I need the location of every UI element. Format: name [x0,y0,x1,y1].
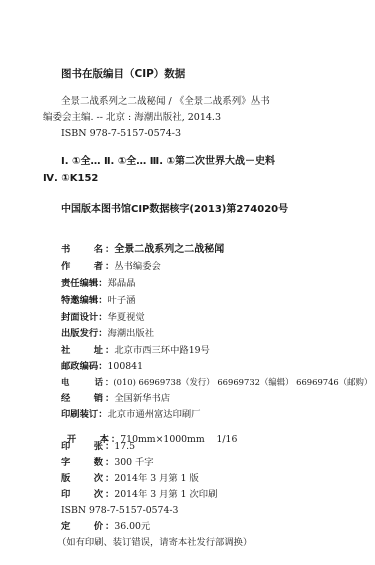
info-label: 电话 [61,378,103,386]
info-label: 作者 [61,262,103,271]
cip-check-number: 中国版本图书馆CIP数据核字(2013)第274020号 [61,205,288,215]
cip-title-line: 全景二战系列之二战秘闻 / 《全景二战系列》丛书 [61,97,270,107]
info-label: 印张 [61,442,103,451]
info-label: 出版发行 [61,329,98,338]
cip-classification-1: Ⅰ. ①全… Ⅱ. ①全… Ⅲ. ①第二次世界大战－史料 [61,157,275,167]
info-row-title: 书名：全景二战系列之二战秘闻 [61,245,224,255]
info-row-author: 作者：丛书编委会 [61,262,161,271]
info-label: 定价 [61,522,103,531]
info-label: 版次 [61,474,103,483]
info-value: 华夏视觉 [108,312,145,323]
info-label: 封面设计 [61,313,98,322]
info-row-publisher: 出版发行：海潮出版社 [61,329,154,338]
info-row-guest-editor: 特邀编辑：叶子涵 [61,296,135,305]
cip-classification-2: Ⅳ. ①K152 [43,174,98,184]
info-row-edition: 版次：2014年 3 月第 1 版 [61,474,199,483]
info-value: (010) 66969738（发行） 66969732（编辑） 66969746… [113,377,372,387]
info-value: 郑晶晶 [108,278,136,289]
info-value: 全国新华书店 [114,393,170,404]
info-row-sheets: 印张：17.5 [61,442,135,451]
info-label: 邮政编码 [61,362,98,371]
info-value: 北京市通州富达印刷厂 [108,409,201,420]
info-value: 36.00元 [114,521,150,532]
info-label: 特邀编辑 [61,296,98,305]
info-row-printing: 印次：2014年 3 月第 1 次印刷 [61,490,217,499]
info-label: 印次 [61,490,103,499]
cip-isbn: ISBN 978-7-5157-0574-3 [61,129,181,139]
info-value: 17.5 [114,441,135,452]
info-value: 710mm×1000mm 1/16 [120,434,237,445]
info-row-distributor: 经销：全国新华书店 [61,394,170,403]
info-label: 字数 [61,458,103,467]
info-value: 100841 [108,361,144,372]
info-value: 海潮出版社 [108,328,155,339]
info-row-cover-design: 封面设计：华夏视觉 [61,313,145,322]
info-row-price: 定价：36.00元 [61,522,150,531]
info-value: 全景二战系列之二战秘闻 [114,244,224,255]
cip-heading: 图书在版编目（CIP）数据 [61,69,185,80]
info-row-editor: 责任编辑：郑晶晶 [61,279,135,288]
info-value: 叶子涵 [108,295,136,306]
info-label: 书名 [61,245,103,254]
info-label: 社址 [61,346,103,355]
info-row-address: 社址：北京市西三环中路19号 [61,346,210,355]
info-label: 责任编辑 [61,279,98,288]
isbn-bottom: ISBN 978-7-5157-0574-3 [61,506,178,515]
info-value: 2014年 3 月第 1 次印刷 [114,489,217,500]
info-value: 2014年 3 月第 1 版 [114,473,199,484]
info-row-postcode: 邮政编码：100841 [61,362,143,371]
info-row-printer: 印刷装订：北京市通州富达印刷厂 [61,410,201,419]
errata-note: （如有印刷、装订错误，请寄本社发行部调换） [57,538,252,547]
cip-publisher-line: 编委会主编. -- 北京 : 海潮出版社, 2014.3 [43,113,221,123]
info-row-phone: 电话：(010) 66969738（发行） 66969732（编辑） 66969… [61,378,372,386]
info-value: 丛书编委会 [114,261,161,272]
info-label: 印刷装订 [61,410,98,419]
info-label: 经销 [61,394,103,403]
info-value: 300 千字 [114,457,153,468]
info-row-word-count: 字数：300 千字 [61,458,154,467]
info-value: 北京市西三环中路19号 [114,345,210,356]
